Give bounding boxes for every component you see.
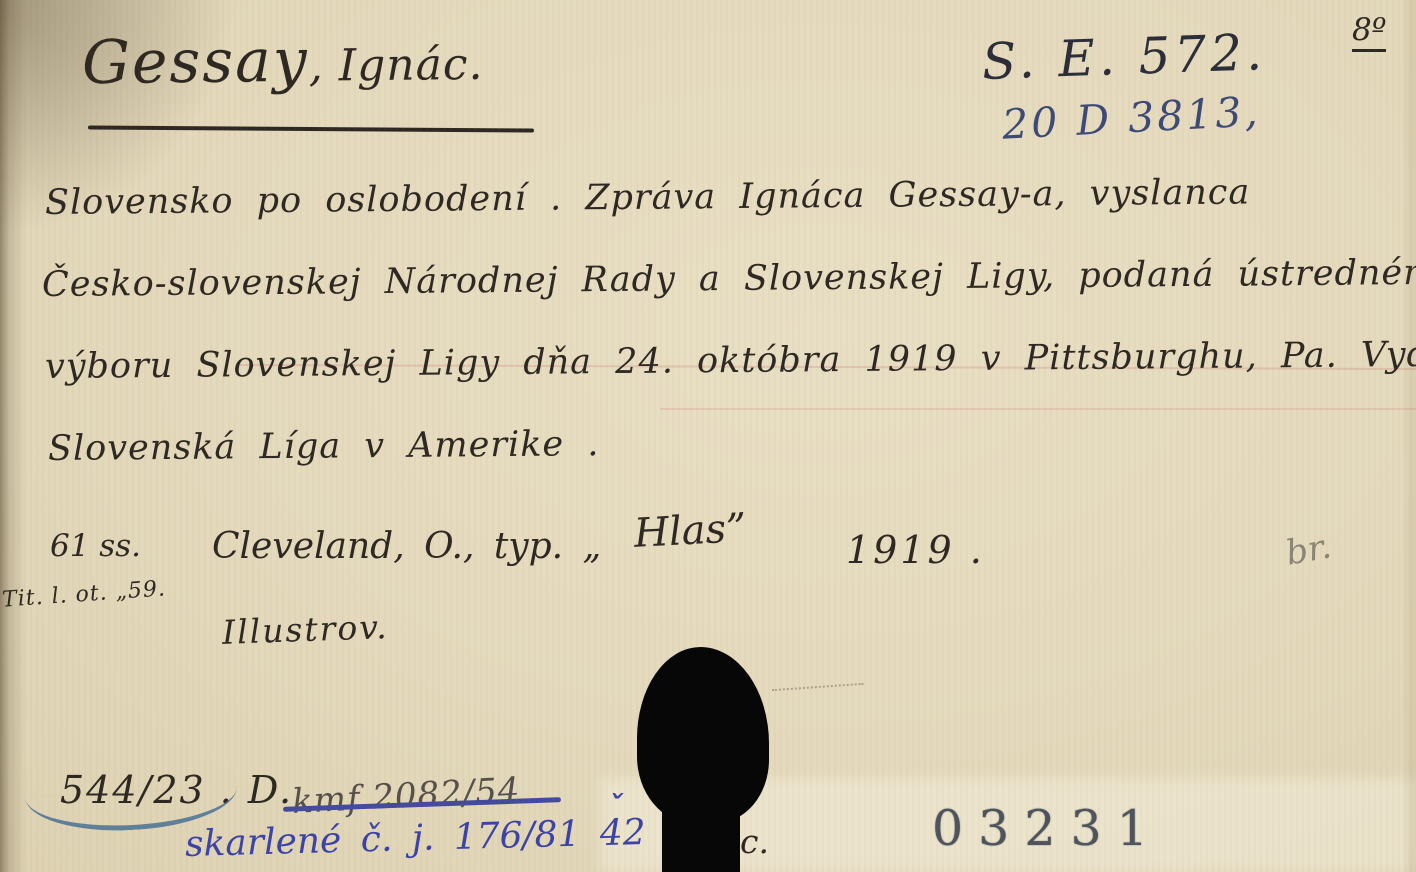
format-mark-text: 8º [1352, 12, 1386, 52]
body-line-2: Česko-slovenskej Národnej Rady a Slovens… [42, 253, 1416, 305]
shelfmark-se: S. E. 572. [981, 23, 1267, 91]
illustrated-note: Illustrov. [221, 607, 389, 652]
imprint-journal: Hlas” [633, 505, 748, 557]
heading-underline [88, 125, 534, 132]
caron-mark: ˇ [608, 790, 623, 825]
faint-rule-line-2 [660, 408, 1416, 410]
punch-hole-stem [662, 792, 740, 872]
body-line-3: výboru Slovenskej Ligy dňa 24. októbra 1… [45, 334, 1416, 387]
body-line-4: Slovenská Líga v Amerike . [48, 424, 600, 469]
format-mark: 8º [1352, 12, 1386, 48]
pages-count: 61 ss. [50, 528, 141, 564]
title-leaf-note: Tit. l. ot. „59. [1, 576, 166, 612]
crossed-out-number: kmf 2082/54 [291, 770, 521, 822]
c-mark: c. [740, 822, 769, 861]
body-line-1: Slovensko po oslobodení . Zpráva Ignáca … [45, 172, 1251, 223]
author-heading: Gessay, Ignác. [82, 24, 484, 98]
imprint-year: 1919 . [846, 528, 985, 572]
pencil-squiggle [772, 683, 864, 697]
shelfmark-20d: 20 D 3813, [1001, 87, 1262, 148]
catalog-card: Gessay, Ignác. S. E. 572. 20 D 3813, 8º … [0, 0, 1416, 872]
binding-note: br. [1283, 526, 1334, 573]
author-forename: , Ignác. [308, 39, 483, 92]
disposal-note: skarlené č. j. 176/81 42 [185, 812, 647, 865]
imprint-place: Cleveland, O., typ. „ [212, 526, 601, 567]
stamp-number: 03231 [932, 800, 1163, 857]
author-surname: Gessay [82, 26, 309, 98]
